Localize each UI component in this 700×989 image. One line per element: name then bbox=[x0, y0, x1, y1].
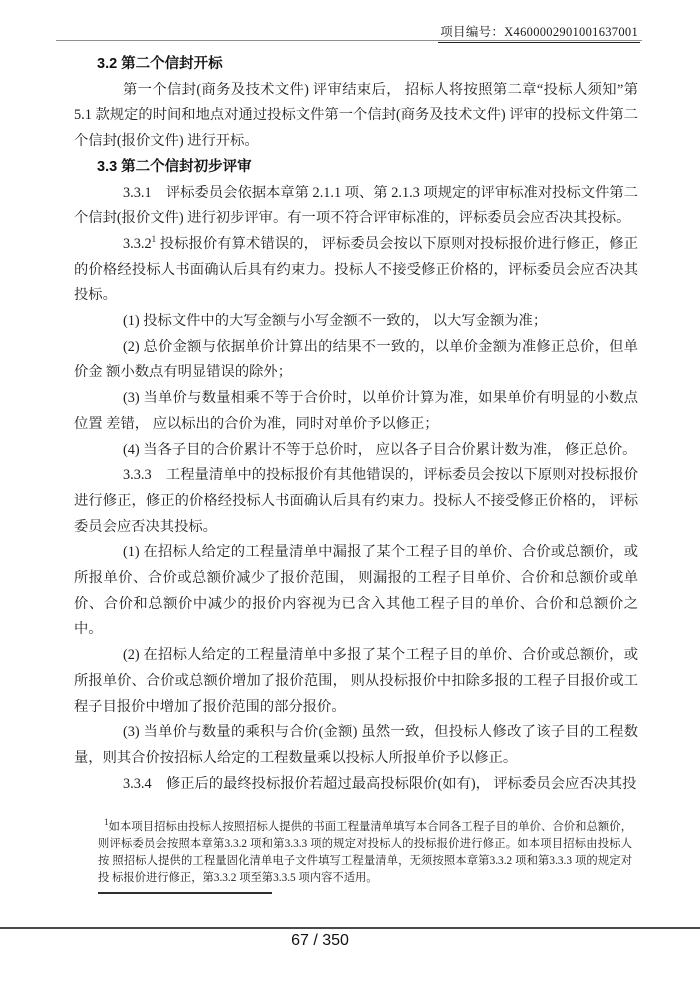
section-heading-3-3: 3.3 第二个信封初步评审 bbox=[74, 155, 638, 181]
list-item-2: (2) 总价金额与依据单价计算出的结果不一致的，以单价金额为准修正总价，但单价金… bbox=[74, 335, 638, 386]
paragraph-3-3-3: 3.3.3 工程量清单中的投标报价有其他错误的，评标委员会按以下原则对投标报价进… bbox=[74, 463, 638, 540]
footnote-separator-rule bbox=[98, 892, 272, 894]
list-item-1b: (1) 在招标人给定的工程量清单中漏报了某个工程子目的单价、合价或总额价，或所报… bbox=[74, 540, 638, 643]
footnote: 1如本项目招标由投标人按照招标人提供的书面工程量清单填写本合同各工程子目的单价、… bbox=[98, 819, 632, 886]
list-item-1: (1) 投标文件中的大写金额与小写金额不一致的， 以大写金额为准； bbox=[74, 309, 638, 335]
document-page: 项目编号：X4600002901001637001 3.2 第二个信封开标 第一… bbox=[0, 0, 700, 989]
document-body: 3.2 第二个信封开标 第一个信封(商务及技术文件) 评审结束后， 招标人将按照… bbox=[74, 52, 638, 894]
paragraph-3-3-4: 3.3.4 修正后的最终投标报价若超过最高投标限价(如有)， 评标委员会应否决其… bbox=[74, 772, 638, 798]
list-item-4: (4) 当各子目的合价累计不等于总价时， 应以各子目合价累计数为准， 修正总价。 bbox=[74, 438, 638, 464]
page-number: 67 / 350 bbox=[0, 932, 640, 950]
header-rule bbox=[56, 40, 642, 41]
list-item-3: (3) 当单价与数量相乘不等于合价时，以单价计算为准，如果单价有明显的小数点位置… bbox=[74, 386, 638, 437]
list-item-2b: (2) 在招标人给定的工程量清单中多报了某个工程子目的单价、合价或总额价，或所报… bbox=[74, 643, 638, 720]
clause-number: 3.3.2 bbox=[123, 236, 152, 252]
paragraph: 第一个信封(商务及技术文件) 评审结束后， 招标人将按照第二章“投标人须知”第 … bbox=[74, 78, 638, 155]
list-item-3b: (3) 当单价与数量的乘积与合价(金额) 虽然一致，但投标人修改了该子目的工程数… bbox=[74, 720, 638, 771]
footnote-text: 如本项目招标由投标人按照招标人提供的书面工程量清单填写本合同各工程子目的单价、合… bbox=[98, 821, 632, 883]
paragraph-3-3-1: 3.3.1 评标委员会依据本章第 2.1.1 项、第 2.1.3 项规定的评审标… bbox=[74, 181, 638, 232]
footer-rule bbox=[0, 927, 700, 929]
clause-text: 投标报价有算术错误的， 评标委员会按以下原则对投标报价进行修正，修正的价格经投标… bbox=[74, 236, 638, 303]
paragraph-3-3-2: 3.3.21 投标报价有算术错误的， 评标委员会按以下原则对投标报价进行修正，修… bbox=[74, 232, 638, 309]
section-heading-3-2: 3.2 第二个信封开标 bbox=[74, 52, 638, 78]
